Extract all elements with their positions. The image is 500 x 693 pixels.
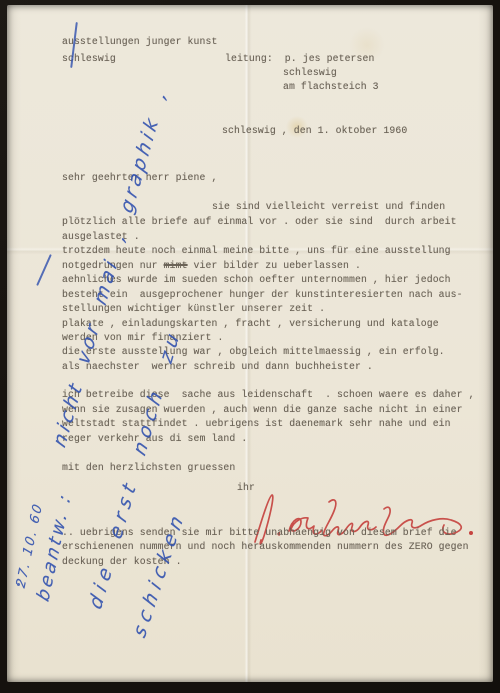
pen-stroke-mid [36,254,52,286]
letter-paper: ausstellungen junger kunst schleswig lei… [7,5,493,682]
letterhead-leitung-street: am flachsteich 3 [283,81,379,92]
body-line: die erste ausstellung war , obgleich mit… [62,346,445,357]
signature-period-dot [469,531,473,535]
body-line: plakate , einladungskarten , fracht , ve… [62,318,439,329]
letterhead-leitung-city: schleswig [283,67,337,78]
closing-line: mit den herzlichsten gruessen [62,462,235,473]
body-line: ich betreibe diese sache aus leidenschaf… [62,389,475,400]
body-line: weltstadt stattfindet . uebrigens ist da… [62,418,451,429]
body-line: aehnliches wurde im sueden schon oefter … [62,274,451,285]
pen-dot-bottom-left [17,583,20,586]
body-line: besteht ein ausgeprochener hunger der ku… [62,289,463,300]
dateline: schleswig , den 1. oktober 1960 [222,125,407,136]
letterhead-org-line1: ausstellungen junger kunst [62,36,217,47]
body-line: sie sind vielleicht verreist und finden [212,201,445,212]
body-line: wenn sie zusagen wuerden , auch wenn die… [62,404,463,415]
letterhead-leitung: leitung: p. jes petersen [225,53,374,64]
strike-post: vier bilder zu ueberlassen . [188,260,361,271]
struck-out-word: mimt [164,260,188,271]
body-line: als naechster werner schreib und dann bu… [62,361,373,372]
scanned-letter-photo: ausstellungen junger kunst schleswig lei… [0,0,500,693]
